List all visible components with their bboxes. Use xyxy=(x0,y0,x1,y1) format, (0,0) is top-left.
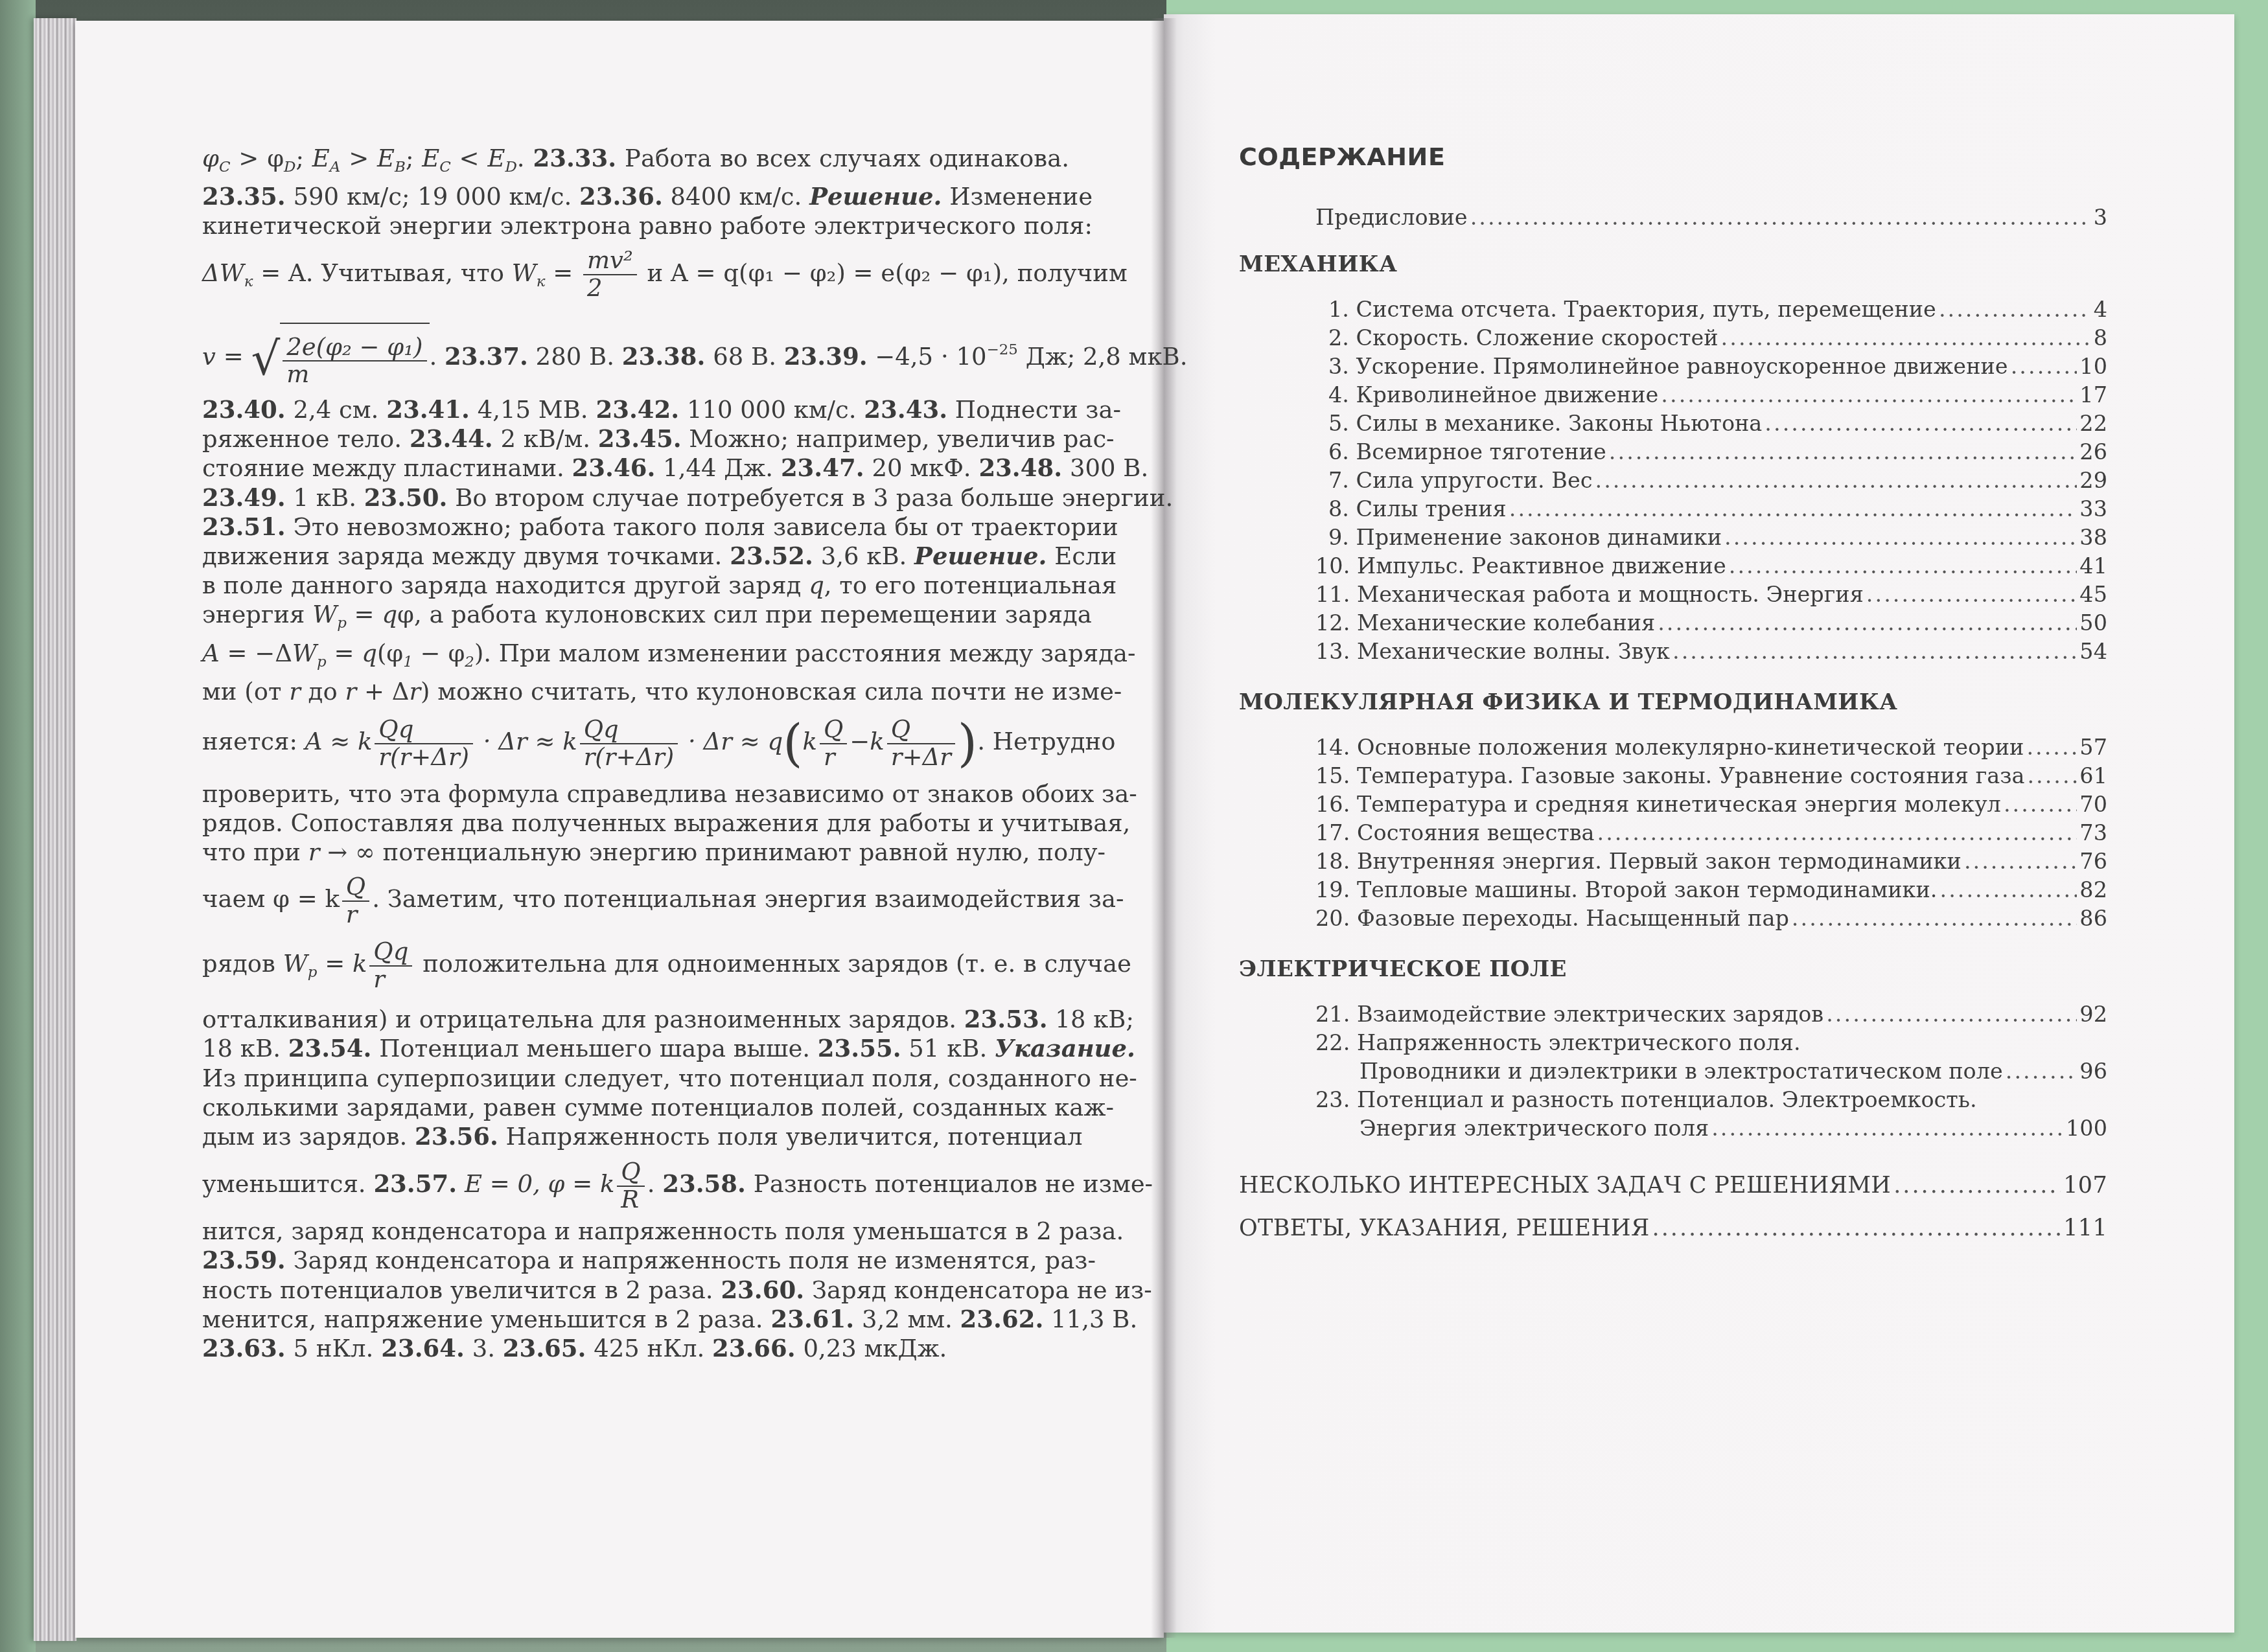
toc-section-heading: ЭЛЕКТРИЧЕСКОЕ ПОЛЕ xyxy=(1239,955,2107,983)
text-run: 2,4 см. xyxy=(286,396,386,424)
text-line: φC > φD; EA > EB; EC < ED. 23.33. Работа… xyxy=(202,144,1069,182)
toc-page-number: 45 xyxy=(2079,580,2107,609)
text-run: W xyxy=(292,639,317,667)
toc-page-number: 38 xyxy=(2079,523,2107,552)
text-run: ) можно считать, что кулоновская сила по… xyxy=(421,678,1122,706)
text-run: → ∞ потенциальную энергию принимают равн… xyxy=(319,838,1105,866)
fraction-denominator: r xyxy=(342,902,369,928)
text-line: уменьшится. 23.57. E = 0, φ = kQR. 23.58… xyxy=(202,1151,1069,1217)
toc-page-number: 96 xyxy=(2079,1057,2107,1086)
toc-page-number: 82 xyxy=(2079,876,2107,904)
text-run: Разность потенциалов не изме- xyxy=(746,1170,1153,1198)
toc-page-number: 8 xyxy=(2094,324,2107,352)
fraction-numerator: Qq xyxy=(580,717,678,744)
fraction-denominator: m xyxy=(283,361,426,388)
toc-entry-label: 20. Фазовые переходы. Насыщенный пар xyxy=(1315,904,1789,933)
dot-leader xyxy=(1765,409,2077,438)
text-run: − φ xyxy=(413,639,465,667)
text-run: = xyxy=(347,601,382,628)
toc-title: СОДЕРЖАНИЕ xyxy=(1239,143,2107,171)
problem-number: 23.44. xyxy=(410,424,493,453)
text-run: проверить, что эта формула справедлива н… xyxy=(202,780,1137,808)
page-stack-edges xyxy=(34,18,76,1641)
fraction-numerator: 2e(φ₂ − φ₁) xyxy=(283,334,426,362)
text-run: ность потенциалов увеличится в 2 раза. xyxy=(202,1276,721,1304)
text-run: q xyxy=(809,571,824,599)
toc-entry-label: 12. Механические колебания xyxy=(1315,609,1655,637)
problem-number: 23.43. xyxy=(864,395,947,424)
problem-number: 23.46. xyxy=(572,453,656,482)
text-run: 2 xyxy=(465,654,474,671)
dot-leader xyxy=(1792,904,2077,933)
text-run: A xyxy=(202,639,220,667)
fraction: Qr xyxy=(342,874,369,928)
text-run: нится, заряд конденсатора и напряженност… xyxy=(202,1217,1124,1245)
toc-entry[interactable]: 20. Фазовые переходы. Насыщенный пар86 xyxy=(1239,904,2107,933)
text-run: . Заметим, что потенциальная энергия вза… xyxy=(372,885,1124,913)
text-run: r xyxy=(345,678,356,706)
text-line: няется: A ≈ kQqr(r+Δr) · Δr ≈ kQqr(r+Δr)… xyxy=(202,706,1069,779)
text-run: 2 кВ/м. xyxy=(493,425,598,453)
math-symbol: W xyxy=(512,259,537,287)
toc-entry[interactable]: 10. Импульс. Реактивное движение41 xyxy=(1239,552,2107,580)
toc-entry[interactable]: 1. Система отсчета. Траектория, путь, пе… xyxy=(1239,295,2107,324)
math-expression: A ≈ k xyxy=(305,728,373,755)
toc-entry-label: Энергия электрического поля xyxy=(1360,1114,1709,1143)
fraction: 2e(φ₂ − φ₁)m xyxy=(283,334,426,388)
toc-entry-label: 9. Применение законов динамики xyxy=(1328,523,1722,552)
text-run: C xyxy=(219,159,231,176)
dot-leader xyxy=(2011,352,2077,381)
text-run: 18 кВ; xyxy=(1048,1005,1134,1033)
problem-number: 23.64. xyxy=(381,1334,465,1362)
problem-number: 23.65. xyxy=(503,1334,586,1362)
text-line: в поле данного заряда находится другой з… xyxy=(202,571,1069,600)
toc-entry[interactable]: Энергия электрического поля100 xyxy=(1239,1114,2107,1143)
text-run: p xyxy=(317,654,327,671)
text-line: ряженное тело. 23.44. 2 кВ/м. 23.45. Мож… xyxy=(202,424,1069,453)
text-run: . xyxy=(517,144,533,172)
fraction-numerator: Q xyxy=(820,717,847,744)
text-run: r xyxy=(308,838,320,866)
text-line: 23.35. 590 км/с; 19 000 км/с. 23.36. 840… xyxy=(202,182,1069,211)
text-run: чаем φ = k xyxy=(202,885,340,913)
text-run: отталкивания) и отрицательна для разноим… xyxy=(202,1005,964,1033)
text-run: положительна для одноименных зарядов (т.… xyxy=(415,950,1131,978)
text-run: 3,6 кВ. xyxy=(813,542,914,570)
fraction-numerator: Qq xyxy=(369,939,412,967)
text-run: рядов xyxy=(202,950,283,978)
problem-number: 23.63. xyxy=(202,1334,286,1362)
dot-leader xyxy=(1509,495,2077,523)
problem-number: 23.47. xyxy=(781,453,864,482)
text-run: стояние между пластинами. xyxy=(202,454,572,482)
fraction: Qr xyxy=(820,717,847,770)
text-run: = −Δ xyxy=(220,639,292,667)
text-run: < xyxy=(451,144,488,172)
text-line: энергия Wp = qφ, а работа кулоновских си… xyxy=(202,600,1069,638)
text-run: Из принципа суперпозиции следует, что по… xyxy=(202,1064,1137,1092)
toc-entry-label: 15. Температура. Газовые законы. Уравнен… xyxy=(1315,762,2024,790)
table-of-contents: СОДЕРЖАНИЕ Предисловие 3 МЕХАНИКА1. Сист… xyxy=(1239,143,2107,1243)
text-run: 1,44 Дж. xyxy=(655,454,781,482)
toc-entry[interactable]: 16. Температура и средняя кинетическая э… xyxy=(1239,790,2107,819)
text-run: 0,23 мкДж. xyxy=(796,1335,947,1362)
text-run: = A. Учитывая, что xyxy=(253,259,511,287)
text-run: Работа во всех случаях одинакова. xyxy=(616,144,1069,172)
math-expression: = k xyxy=(317,950,367,978)
text-line: рядов. Сопоставляя два полученных выраже… xyxy=(202,809,1069,838)
toc-page-number: 17 xyxy=(2079,381,2107,409)
text-run: p xyxy=(337,615,347,632)
problem-number: 23.38. xyxy=(622,342,706,371)
radical-sign: √ xyxy=(251,332,280,385)
text-run: . xyxy=(647,1170,663,1198)
text-line: отталкивания) и отрицательна для разноим… xyxy=(202,1005,1069,1034)
text-line: Из принципа суперпозиции следует, что по… xyxy=(202,1064,1069,1093)
text-run: 18 кВ. xyxy=(202,1035,288,1062)
text-run: 51 кВ. xyxy=(901,1035,995,1062)
fraction: mv²2 xyxy=(583,247,637,301)
toc-page-number: 26 xyxy=(2079,438,2107,466)
problem-number: 23.40. xyxy=(202,395,286,424)
text-run: дым из зарядов. xyxy=(202,1123,415,1151)
text-line: 23.59. Заряд конденсатора и напряженност… xyxy=(202,1246,1069,1275)
toc-entry-label: 21. Взаимодействие электрических зарядов xyxy=(1315,1000,1823,1029)
toc-entry-label: 19. Тепловые машины. Второй закон термод… xyxy=(1315,876,1937,904)
fraction-numerator: Q xyxy=(887,717,955,744)
toc-section-heading: МЕХАНИКА xyxy=(1239,250,2107,279)
text-run: и A = q(φ₁ − φ₂) = e(φ₂ − φ₁), получим xyxy=(640,259,1128,287)
text-run: Изменение xyxy=(942,183,1093,211)
problem-number: 23.39. xyxy=(784,342,868,371)
text-run: q xyxy=(382,601,397,628)
toc-entry[interactable]: Проводники и диэлектрики в электростатич… xyxy=(1239,1057,2107,1086)
text-run: Если xyxy=(1047,542,1117,570)
toc-entry[interactable]: 18. Внутренняя энергия. Первый закон тер… xyxy=(1239,847,2107,876)
dot-leader xyxy=(1711,1114,2063,1143)
toc-entry-label: 17. Состояния вещества xyxy=(1315,819,1595,847)
toc-page-number: 111 xyxy=(2063,1214,2107,1243)
text-line: 23.51. Это невозможно; работа такого пол… xyxy=(202,512,1069,542)
text-run: W xyxy=(312,601,337,628)
math-expression: · Δr ≈ q xyxy=(680,728,783,755)
toc-entry[interactable]: 12. Механические колебания50 xyxy=(1239,609,2107,637)
toc-entry[interactable]: 8. Силы трения33 xyxy=(1239,495,2107,523)
text-line: нится, заряд конденсатора и напряженност… xyxy=(202,1217,1069,1246)
toc-entry[interactable]: 14. Основные положения молекулярно-кинет… xyxy=(1239,733,2107,762)
dot-leader xyxy=(1893,1171,2061,1200)
text-run: = xyxy=(327,639,362,667)
text-run: Указание. xyxy=(995,1034,1135,1062)
toc-entry-label: 7. Сила упругости. Вес xyxy=(1328,466,1593,495)
text-run: энергия xyxy=(202,601,312,628)
text-line: движения заряда между двумя точками. 23.… xyxy=(202,542,1069,571)
problem-number: 23.45. xyxy=(598,424,682,453)
math-symbol: W xyxy=(283,950,308,978)
toc-entry-label: 3. Ускорение. Прямолинейное равноускорен… xyxy=(1328,352,2008,381)
text-line: A = −ΔWp = q(φ1 − φ2). При малом изменен… xyxy=(202,639,1069,677)
text-run: ). При малом изменении расстояния между … xyxy=(474,639,1136,667)
toc-entry-label: 11. Механическая работа и мощность. Энер… xyxy=(1315,580,1864,609)
fraction-denominator: r(r+Δr) xyxy=(580,744,678,771)
toc-entry-label: 4. Криволинейное движение xyxy=(1328,381,1658,409)
text-run: 5 нКл. xyxy=(286,1335,381,1362)
toc-entry-label: 18. Внутренняя энергия. Первый закон тер… xyxy=(1315,847,1961,876)
text-run: уменьшится. xyxy=(202,1170,373,1198)
toc-entry-label-line[interactable]: 23. Потенциал и разность потенциалов. Эл… xyxy=(1239,1086,2107,1114)
toc-page-number: 76 xyxy=(2079,847,2107,876)
toc-page-number: 92 xyxy=(2079,1000,2107,1029)
toc-entry-label: 16. Температура и средняя кинетическая э… xyxy=(1315,790,2001,819)
problem-number: 23.52. xyxy=(730,542,813,570)
toc-entry-preface[interactable]: Предисловие 3 xyxy=(1239,203,2107,232)
fraction-numerator: Qq xyxy=(375,717,473,744)
toc-entry[interactable]: 3. Ускорение. Прямолинейное равноускорен… xyxy=(1239,352,2107,381)
text-run: Это невозможно; работа такого поля завис… xyxy=(286,513,1118,541)
toc-entry-label: ОТВЕТЫ, УКАЗАНИЯ, РЕШЕНИЯ xyxy=(1239,1214,1650,1243)
problem-number: 23.35. xyxy=(202,182,286,211)
dot-leader xyxy=(2004,790,2077,819)
dot-leader xyxy=(1826,1000,2077,1029)
fraction: QR xyxy=(617,1159,644,1213)
toc-entry-label: 8. Силы трения xyxy=(1328,495,1507,523)
dot-leader xyxy=(1609,438,2077,466)
toc-page-number: 73 xyxy=(2079,819,2107,847)
text-run: (φ xyxy=(377,639,403,667)
text-run: 4,15 МВ. xyxy=(470,396,596,424)
text-line: проверить, что эта формула справедлива н… xyxy=(202,779,1069,809)
toc-entry-label: 1. Система отсчета. Траектория, путь, пе… xyxy=(1328,295,1936,324)
text-run: B xyxy=(395,159,406,176)
text-run: сколькими зарядами, равен сумме потенциа… xyxy=(202,1094,1114,1121)
toc-page-number: 86 xyxy=(2079,904,2107,933)
text-run: менится, напряжение уменьшится в 2 раза. xyxy=(202,1305,770,1333)
problem-number: 23.58. xyxy=(662,1169,746,1198)
toc-entry-label: 5. Силы в механике. Законы Ньютона xyxy=(1328,409,1762,438)
toc-page-number: 41 xyxy=(2079,552,2107,580)
fraction: Qqr(r+Δr) xyxy=(375,717,473,770)
text-run: ; xyxy=(295,144,312,172)
problem-number: 23.53. xyxy=(964,1005,1048,1033)
paren-close: ) xyxy=(958,715,977,773)
dot-leader xyxy=(1470,203,2091,232)
toc-entry-label: Проводники и диэлектрики в электростатич… xyxy=(1360,1057,2003,1086)
subscript: p xyxy=(308,964,318,981)
toc-entry-label-line[interactable]: 22. Напряженность электрического поля. xyxy=(1239,1029,2107,1057)
problem-number: 23.56. xyxy=(415,1122,498,1151)
math-symbol: k xyxy=(803,728,817,755)
toc-entry[interactable]: 4. Криволинейное движение17 xyxy=(1239,381,2107,409)
problem-number: 23.49. xyxy=(202,483,286,512)
text-run: ми (от xyxy=(202,678,289,706)
toc-entry[interactable]: 2. Скорость. Сложение скоростей8 xyxy=(1239,324,2107,352)
text-run: φ xyxy=(202,144,219,172)
text-line: v = √2e(φ₂ − φ₁)m. 23.37. 280 В. 23.38. … xyxy=(202,314,1069,395)
problem-number: 23.33. xyxy=(533,144,616,172)
dot-leader xyxy=(1866,580,2077,609)
text-run: A xyxy=(330,159,341,176)
text-line: что при r → ∞ потенциальную энергию прин… xyxy=(202,838,1069,867)
text-line: ми (от r до r + Δr) можно считать, что к… xyxy=(202,677,1069,706)
text-run: r xyxy=(409,678,421,706)
fraction-denominator: r+Δr xyxy=(887,744,955,771)
toc-page-number: 57 xyxy=(2079,733,2107,762)
fraction: Qr+Δr xyxy=(887,717,955,770)
text-run: 20 мкФ. xyxy=(864,454,979,482)
toc-entry-label: 2. Скорость. Сложение скоростей xyxy=(1328,324,1718,352)
toc-entry-label: 6. Всемирное тяготение xyxy=(1328,438,1606,466)
text-run: 8400 км/с. xyxy=(663,183,809,211)
text-run: E xyxy=(312,144,330,172)
text-line: стояние между пластинами. 23.46. 1,44 Дж… xyxy=(202,453,1069,483)
toc-page-number: 70 xyxy=(2079,790,2107,819)
dot-leader xyxy=(1672,637,2077,666)
toc-page-number: 3 xyxy=(2094,203,2107,232)
toc-entry-label: 14. Основные положения молекулярно-кинет… xyxy=(1315,733,2024,762)
text-run: няется: xyxy=(202,728,305,755)
dot-leader xyxy=(2027,762,2077,790)
toc-entry[interactable]: 13. Механические волны. Звук54 xyxy=(1239,637,2107,666)
toc-section-heading: МОЛЕКУЛЯРНАЯ ФИЗИКА И ТЕРМОДИНАМИКА xyxy=(1239,688,2107,717)
text-run: > xyxy=(340,144,377,172)
text-line: рядов Wp = kQqr положительна для одноиме… xyxy=(202,932,1069,1005)
text-run: Во втором случае потребуется в 3 раза бо… xyxy=(447,484,1173,512)
problem-number: 23.48. xyxy=(978,453,1062,482)
toc-page-number: 33 xyxy=(2079,495,2107,523)
toc-page-number: 22 xyxy=(2079,409,2107,438)
text-run: что при xyxy=(202,838,308,866)
text-run: 3,2 мм. xyxy=(854,1305,960,1333)
problem-number: 23.61. xyxy=(770,1305,854,1333)
text-run: в поле данного заряда находится другой з… xyxy=(202,571,809,599)
toc-page-number: 107 xyxy=(2063,1171,2107,1200)
text-run: Поднести за- xyxy=(947,396,1121,424)
text-run: рядов. Сопоставляя два полученных выраже… xyxy=(202,809,1130,837)
text-run: 3. xyxy=(465,1335,503,1362)
math-symbol: −k xyxy=(850,728,884,755)
problem-number: 23.41. xyxy=(386,395,470,424)
text-run: 280 В. xyxy=(528,343,622,371)
text-run: φ, а работа кулоновских сил при перемеще… xyxy=(397,601,1092,628)
text-run: −4,5 · 10 xyxy=(868,343,987,371)
dot-leader xyxy=(1721,324,2091,352)
text-run: + Δ xyxy=(356,678,409,706)
fraction-numerator: Q xyxy=(342,874,369,902)
toc-entry[interactable]: 15. Температура. Газовые законы. Уравнен… xyxy=(1239,762,2107,790)
text-run: Заряд конденсатора и напряженность поля … xyxy=(286,1246,1096,1274)
dot-leader xyxy=(1595,466,2077,495)
toc-entry[interactable]: 5. Силы в механике. Законы Ньютона22 xyxy=(1239,409,2107,438)
text-run: D xyxy=(284,159,295,176)
text-run: 110 000 км/с. xyxy=(679,396,864,424)
fraction: Qqr(r+Δr) xyxy=(580,717,678,770)
text-run: . Нетрудно xyxy=(977,728,1115,755)
fraction: Qqr xyxy=(369,939,412,992)
toc-entry[interactable]: 21. Взаимодействие электрических зарядов… xyxy=(1239,1000,2107,1029)
text-run: 1 кВ. xyxy=(286,484,364,512)
text-run: 300 В. xyxy=(1062,454,1148,482)
text-line: 23.49. 1 кВ. 23.50. Во втором случае пот… xyxy=(202,483,1069,512)
text-line: 23.63. 5 нКл. 23.64. 3. 23.65. 425 нКл. … xyxy=(202,1334,1069,1363)
problem-number: 23.50. xyxy=(364,483,448,512)
dot-leader xyxy=(1661,381,2077,409)
toc-entry[interactable]: 6. Всемирное тяготение26 xyxy=(1239,438,2107,466)
dot-leader xyxy=(1939,876,2077,904)
text-run: Решение. xyxy=(914,542,1047,570)
toc-entry[interactable]: 17. Состояния вещества73 xyxy=(1239,819,2107,847)
toc-entry[interactable]: 7. Сила упругости. Вес29 xyxy=(1239,466,2107,495)
text-line: 18 кВ. 23.54. Потенциал меньшего шара вы… xyxy=(202,1034,1069,1063)
fraction-denominator: r(r+Δr) xyxy=(375,744,473,771)
toc-page-number: 54 xyxy=(2079,637,2107,666)
text-run: C xyxy=(439,159,451,176)
fraction-denominator: r xyxy=(369,967,412,993)
text-run: D xyxy=(505,159,516,176)
problem-number: 23.60. xyxy=(721,1276,804,1304)
dot-leader xyxy=(1597,819,2077,847)
text-line: кинетической энергии электрона равно раб… xyxy=(202,211,1069,240)
problem-number: 23.57. xyxy=(373,1169,457,1198)
toc-entry[interactable]: 19. Тепловые машины. Второй закон термод… xyxy=(1239,876,2107,904)
answers-text-block: φC > φD; EA > EB; EC < ED. 23.33. Работа… xyxy=(202,144,1069,1363)
toc-entry-label: 13. Механические волны. Звук xyxy=(1315,637,1670,666)
toc-entry-answers[interactable]: ОТВЕТЫ, УКАЗАНИЯ, РЕШЕНИЯ 111 xyxy=(1239,1214,2107,1243)
text-run: 590 км/с; 19 000 км/с. xyxy=(286,183,579,211)
dot-leader xyxy=(1964,847,2077,876)
text-run: , то его потенциальная xyxy=(824,571,1117,599)
text-run: −25 xyxy=(987,341,1018,358)
math-expression: · Δr ≈ k xyxy=(476,728,577,755)
backdrop-left-strip xyxy=(0,0,36,1652)
dot-leader xyxy=(1729,552,2077,580)
fraction-denominator: r xyxy=(820,744,847,771)
text-run: движения заряда между двумя точками. xyxy=(202,542,730,570)
text-run: ряженное тело. xyxy=(202,425,410,453)
dot-leader xyxy=(1658,609,2077,637)
text-run: 425 нКл. xyxy=(586,1335,712,1362)
toc-entry-label: НЕСКОЛЬКО ИНТЕРЕСНЫХ ЗАДАЧ С РЕШЕНИЯМИ xyxy=(1239,1171,1891,1200)
dot-leader xyxy=(1724,523,2077,552)
toc-page-number: 10 xyxy=(2079,352,2107,381)
dot-leader xyxy=(1652,1214,2061,1243)
problem-number: 23.54. xyxy=(288,1034,372,1062)
text-run: 11,3 В. xyxy=(1043,1305,1137,1333)
text-run: = xyxy=(545,259,581,287)
subscript: к xyxy=(537,273,546,290)
toc-page-number: 100 xyxy=(2066,1114,2107,1143)
toc-entry-problems-with-solutions[interactable]: НЕСКОЛЬКО ИНТЕРЕСНЫХ ЗАДАЧ С РЕШЕНИЯМИ 1… xyxy=(1239,1171,2107,1200)
text-run: до xyxy=(301,678,345,706)
dot-leader xyxy=(1939,295,2091,324)
square-root: √2e(φ₂ − φ₁)m xyxy=(251,321,429,395)
math-symbol: v = xyxy=(202,343,251,371)
radicand: 2e(φ₂ − φ₁)m xyxy=(280,323,429,395)
problem-number: 23.36. xyxy=(579,182,663,211)
toc-entry[interactable]: 11. Механическая работа и мощность. Энер… xyxy=(1239,580,2107,609)
problem-number: 23.51. xyxy=(202,512,286,541)
problem-number: 23.66. xyxy=(712,1334,796,1362)
text-run: E xyxy=(487,144,505,172)
subscript: к xyxy=(244,273,253,290)
text-line: сколькими зарядами, равен сумме потенциа… xyxy=(202,1093,1069,1122)
text-run: кинетической энергии электрона равно раб… xyxy=(202,212,1093,240)
toc-entry-label: 10. Импульс. Реактивное движение xyxy=(1315,552,1726,580)
text-line: дым из зарядов. 23.56. Напряженность пол… xyxy=(202,1122,1069,1151)
toc-entry[interactable]: 9. Применение законов динамики38 xyxy=(1239,523,2107,552)
text-run: ; xyxy=(406,144,422,172)
fraction-numerator: Q xyxy=(617,1159,644,1187)
